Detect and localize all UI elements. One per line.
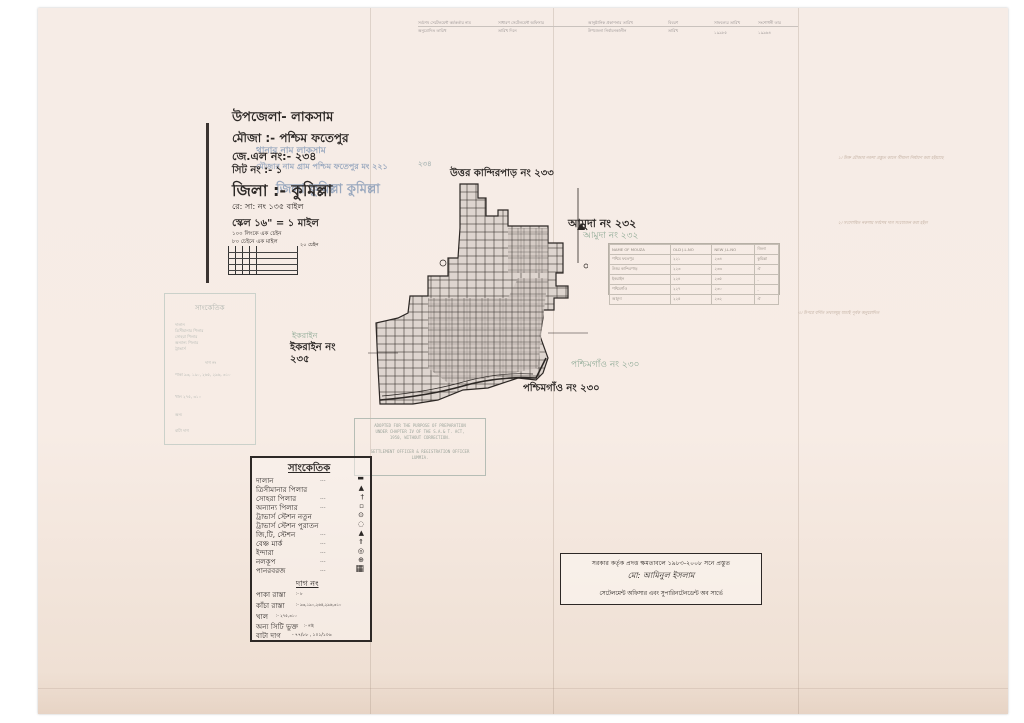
boundary-pillar-icon: † [361, 493, 365, 501]
scale-note: ১০০ লিংকে এক চেইন [232, 231, 281, 239]
title-bracket [206, 123, 209, 283]
legend-dots: ... [320, 494, 326, 501]
mouza-label: মৌজা :- পশ্চিম ফতেপুর [232, 130, 349, 150]
table-cell: ২৩৫ [712, 275, 755, 285]
table-cell: কুমিল্লা [755, 255, 779, 265]
parcel-map [368, 168, 588, 413]
header-cell: ১৯৯৬৪ [758, 30, 771, 37]
table-cell: ২৩৩ [712, 265, 755, 275]
table-cell: ২২১ [670, 255, 711, 265]
traverse-new-icon: ⊙ [358, 511, 364, 519]
trijunction-pillar-icon: ▲ [359, 484, 364, 492]
legend-dots: ... [320, 557, 326, 564]
betel-garden-icon: ▦ [355, 564, 364, 574]
faded-legend-line: বাটা দাগ [175, 428, 189, 435]
table-row: উত্তর কান্দিরপাড় ২২৩ ২৩৩ ঐ [610, 265, 779, 275]
bench-mark-icon: ⇑ [358, 538, 364, 546]
table-cell: ২২৫ [670, 295, 711, 305]
rs-info: রে: সা: নং ১৩৫ বাইল [232, 201, 304, 214]
faded-legend-line: অন্য [175, 412, 182, 419]
table-cell: ২২৭ [670, 285, 711, 295]
faded-legend: সাংকেতিক দালান ত্রিসীমানার পিলার সোহরা প… [164, 293, 256, 445]
header-cell: তারিখ [668, 28, 678, 35]
table-header: NEW J.L.NO [712, 245, 755, 255]
header-cell: তারিখ দিনে [498, 28, 517, 35]
header-strip: সর্বশেষ সেটেলমেন্ট কর্মকর্তার নাম অনুমোদ… [418, 20, 798, 46]
well-icon: ◎ [358, 547, 364, 555]
table-header: জিলা [755, 245, 779, 255]
legend-dots: ... [320, 548, 326, 555]
table-header: OLD J.L.NO [670, 245, 711, 255]
table-cell: ২৩০ [712, 285, 755, 295]
faded-legend-line: খাল ২৭৫, ৩১০ [175, 394, 201, 401]
faded-legend-line: ট্রাভার্স [175, 346, 186, 353]
legend-item-value: :- নাই [304, 623, 314, 630]
table-cell: উত্তর কান্দিরপাড় [610, 265, 671, 275]
handwritten-note: ৩। উপরে বর্ণিত তথ্যসমূহ যাচাই পূর্বক অনু… [798, 308, 988, 317]
faded-legend-line: দাগ নং [205, 360, 216, 367]
legend-dots: ... [320, 476, 326, 483]
legend-item-label: বাটা দাগ [256, 631, 281, 643]
table-cell: পশ্চিম ফতেপুর [610, 255, 671, 265]
faded-legend-line: পাকা ৯৩, ১৯০, ২৬৫, ২৯৬, ৩১০ [175, 372, 231, 379]
table-cell: আমুদা [610, 295, 671, 305]
certificate-line: সরকার কর্তৃক প্রদত্ত ক্ষমতাবলে ১৯৮৩-২০০৮… [561, 558, 761, 569]
legend-dots: ... [320, 530, 326, 537]
header-cell: অনুমোদিত তারিখ [418, 28, 447, 35]
table-row: পশ্চিমগাঁও ২২৭ ২৩০ - [610, 285, 779, 295]
table-cell: ঐ [755, 295, 779, 305]
header-cell: উপজেলা নির্বাচনকালীন [588, 28, 626, 35]
faded-legend-title: সাংকেতিক [195, 302, 225, 314]
table-header: NAME OF MOUZA [610, 245, 671, 255]
table-cell: ২২৩ [670, 265, 711, 275]
mouza-table: NAME OF MOUZA OLD J.L.NO NEW J.L.NO জিলা… [608, 243, 780, 295]
table-cell: ২৩৪ [712, 255, 755, 265]
certificate-line: সেটেলমেন্ট অফিসার এবং সুপারিনটেনডেন্ট অব… [561, 589, 761, 599]
fold-line [38, 688, 1008, 689]
fold-line [798, 8, 799, 714]
legend-item-value: :- ৯৩,১৯০,২৬৫,২৯৬,৩১০ [296, 602, 342, 609]
table-cell: পশ্চিমগাঁও [610, 285, 671, 295]
header-cell: ১৯৯৮৫ [714, 30, 727, 37]
neighbor-west-label: ইকরাইন নং ২৩৫ [290, 342, 350, 366]
traverse-station-icon [440, 260, 446, 266]
table-cell: - [755, 275, 779, 285]
legend-item-value: :- ৮ [296, 591, 303, 598]
scale-bar: ২০ চেইন [228, 246, 298, 275]
table-cell: ২২৪ [670, 275, 711, 285]
building-icon: ▬ [357, 474, 364, 482]
table-row: পশ্চিম ফতেপুর ২২১ ২৩৪ কুমিল্লা [610, 255, 779, 265]
upazila-label: উপজেলা- লাকসাম [232, 108, 333, 129]
legend-box: সাংকেতিক দালান ... ▬ ত্রিসীমানার পিলার ▲… [250, 456, 372, 642]
tubewell-icon: ⊕ [358, 556, 364, 564]
map-sheet: সর্বশেষ সেটেলমেন্ট কর্মকর্তার নাম অনুমোদ… [38, 8, 1008, 714]
traverse-old-icon: ◌ [358, 520, 364, 528]
adoption-stamp: ADOPTED FOR THE PURPOSE OF PREPARATION U… [354, 418, 486, 476]
legend-dots: ... [320, 539, 326, 546]
legend-item-value: - ৭৭/৮৮ , ১০১/১০৬ [292, 632, 332, 639]
table-cell: ঐ [755, 265, 779, 275]
legend-dots: ... [320, 503, 326, 510]
table-row: আমুদা ২২৫ ২৩২ ঐ [610, 295, 779, 305]
certificate-box: সরকার কর্তৃক প্রদত্ত ক্ষমতাবলে ১৯৮৩-২০০৮… [560, 553, 762, 605]
table-cell: - [755, 285, 779, 295]
stamp-line: LUMMIA. [355, 455, 485, 461]
table-cell: ২৩২ [712, 295, 755, 305]
gt-station-icon: ▲ [359, 529, 364, 537]
other-pillar-icon: ▫ [359, 502, 364, 510]
neighbor-east-faded: আমুদা নং ২৩২ [583, 228, 638, 243]
table-cell: ইকরাইন [610, 275, 671, 285]
handwritten-note: ১। উক্ত মৌজার নকশা প্রস্তুত কালে সীমানা … [838, 153, 988, 162]
legend-dots: ... [320, 566, 326, 573]
legend-item-label: পানরবরজ [256, 566, 286, 578]
handwritten-note: ২। সংশোধিত নকশায় সর্বশেষ দাগ সংযোজন করা… [838, 218, 988, 227]
parcel-outline-svg [368, 168, 588, 413]
table-row: ইকরাইন ২২৪ ২৩৫ - [610, 275, 779, 285]
plot-number-title: দাগ নং [296, 578, 319, 591]
legend-item-value: :- ২৭৫,৩১০ [276, 613, 297, 620]
table-header-row: NAME OF MOUZA OLD J.L.NO NEW J.L.NO জিলা [610, 245, 779, 255]
scale-bar-label: ২০ চেইন [300, 242, 318, 250]
officer-signature: মো: আমিনুল ইসলাম [561, 570, 761, 583]
